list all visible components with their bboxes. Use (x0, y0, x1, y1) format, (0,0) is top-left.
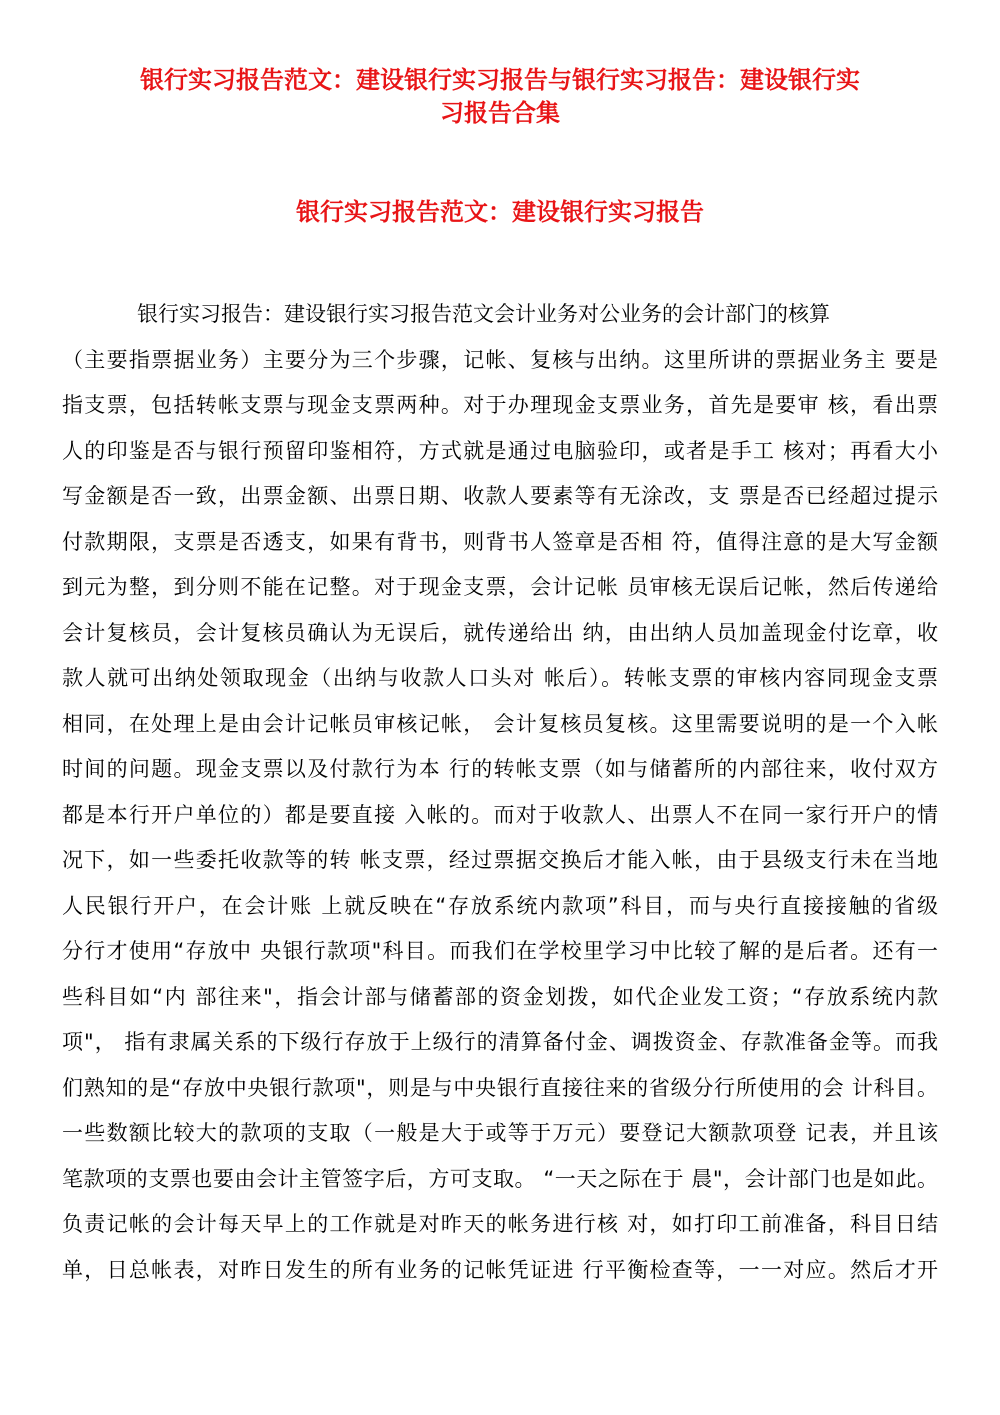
body-paragraph: 银行实习报告：建设银行实习报告范文会计业务对公业务的会计部门的核算 （主要指票据… (62, 292, 938, 1293)
body-text-line: 些科目如“内 部往来"，指会计部与储蓄部的资金划拨，如代企业发工资；“存放系统内… (62, 975, 938, 1021)
document-title-line1: 银行实习报告范文：建设银行实习报告与银行实习报告：建设银行实 (0, 64, 1000, 97)
document-title-line2: 习报告合集 (0, 97, 1000, 130)
body-text-line: 人的印鉴是否与银行预留印鉴相符，方式就是通过电脑验印，或者是手工 核对；再看大小 (62, 429, 938, 475)
body-text-line: 单，日总帐表，对昨日发生的所有业务的记帐凭证进 行平衡检查等，一一对应。然后才开 (62, 1248, 938, 1294)
body-text-line: 们熟知的是“存放中央银行款项"，则是与中央银行直接往来的省级分行所使用的会 计科… (62, 1066, 938, 1112)
body-text-line: 到元为整，到分则不能在记整。对于现金支票，会计记帐 员审核无误后记帐，然后传递给 (62, 565, 938, 611)
body-text-line: 写金额是否一致，出票金额、出票日期、收款人要素等有无涂改，支 票是否已经超过提示 (62, 474, 938, 520)
body-text-line: 相同，在处理上是由会计记帐员审核记帐， 会计复核员复核。这里需要说明的是一个入帐 (62, 702, 938, 748)
section-heading: 银行实习报告范文：建设银行实习报告 (0, 196, 1000, 229)
body-text-line: 指支票，包括转帐支票与现金支票两种。对于办理现金支票业务，首先是要审 核，看出票 (62, 383, 938, 429)
body-text-line: 款人就可出纳处领取现金（出纳与收款人口头对 帐后）。转帐支票的审核内容同现金支票 (62, 656, 938, 702)
body-text-line: 负责记帐的会计每天早上的工作就是对昨天的帐务进行核 对，如打印工前准备，科目日结 (62, 1202, 938, 1248)
document-page: 银行实习报告范文：建设银行实习报告与银行实习报告：建设银行实 习报告合集 银行实… (0, 0, 1000, 1415)
paragraph-first-line: 银行实习报告：建设银行实习报告范文会计业务对公业务的会计部门的核算 (62, 292, 938, 338)
body-text-line: 会计复核员，会计复核员确认为无误后，就传递给出 纳，由出纳人员加盖现金付讫章，收 (62, 611, 938, 657)
body-text-line: 笔款项的支票也要由会计主管签字后，方可支取。 “一天之际在于 晨"，会计部门也是… (62, 1157, 938, 1203)
body-text-line: 都是本行开户单位的）都是要直接 入帐的。而对于收款人、出票人不在同一家行开户的情 (62, 793, 938, 839)
body-text-line: 项"， 指有隶属关系的下级行存放于上级行的清算备付金、调拨资金、存款准备金等。而… (62, 1020, 938, 1066)
body-text-line: 时间的问题。现金支票以及付款行为本 行的转帐支票（如与储蓄所的内部往来，收付双方 (62, 747, 938, 793)
body-text-line: 分行才使用“存放中 央银行款项"科目。而我们在学校里学习中比较了解的是后者。还有… (62, 929, 938, 975)
document-title: 银行实习报告范文：建设银行实习报告与银行实习报告：建设银行实 习报告合集 (0, 0, 1000, 130)
body-text-line: 付款期限，支票是否透支，如果有背书，则背书人签章是否相 符，值得注意的是大写金额 (62, 520, 938, 566)
body-text-line: 一些数额比较大的款项的支取（一般是大于或等于万元）要登记大额款项登 记表，并且该 (62, 1111, 938, 1157)
body-text-line: 况下，如一些委托收款等的转 帐支票，经过票据交换后才能入帐，由于县级支行未在当地 (62, 838, 938, 884)
paragraph-lines: （主要指票据业务）主要分为三个步骤，记帐、复核与出纳。这里所讲的票据业务主 要是… (62, 338, 938, 1294)
body-text-line: （主要指票据业务）主要分为三个步骤，记帐、复核与出纳。这里所讲的票据业务主 要是 (62, 338, 938, 384)
body-text-line: 人民银行开户，在会计账 上就反映在“存放系统内款项”科目，而与央行直接接触的省级 (62, 884, 938, 930)
